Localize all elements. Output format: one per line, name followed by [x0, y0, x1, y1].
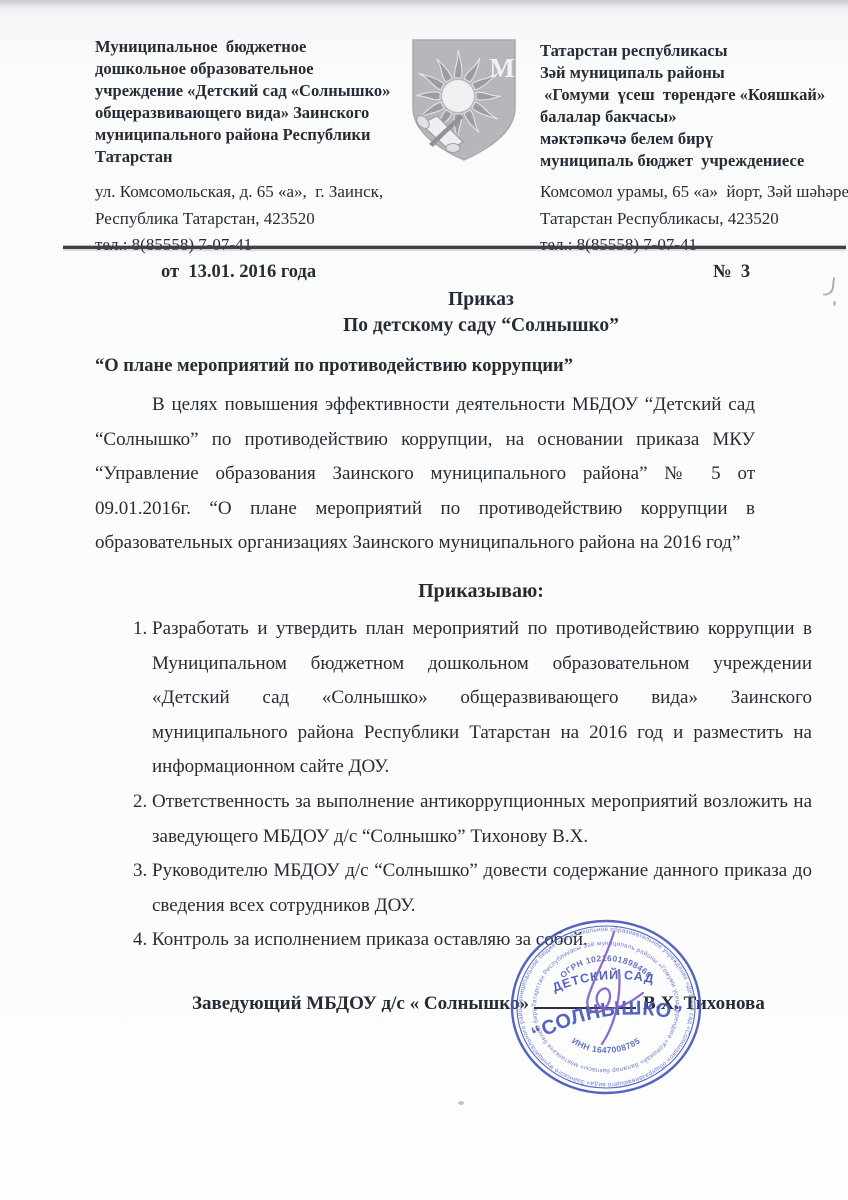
official-stamp: Муниципальное бюджетное дошкольное образ… — [496, 912, 716, 1102]
scan-artifact — [823, 276, 835, 296]
order-date: от 13.01. 2016 года — [161, 262, 316, 283]
org-name-line: Татарстан — [95, 146, 430, 168]
org-name-line: балалар бакчасы» — [540, 106, 848, 128]
org-name-line: Зәй муниципаль районы — [540, 62, 848, 84]
address-line: ул. Комсомольская, д. 65 «а», г. Заинск, — [95, 179, 383, 206]
sun-icon — [442, 80, 474, 112]
org-name-line: дошкольное образовательное — [95, 58, 430, 80]
signature-label: Заведующий МБДОУ д/с « Солнышко» — [192, 993, 529, 1014]
coat-of-arms-logo: М — [403, 32, 525, 168]
order-item-1: Разработать и утвердить план мероприятий… — [152, 612, 812, 785]
org-name-tatar: Татарстан республикасы Зәй муниципаль ра… — [540, 40, 848, 172]
address-line: Республика Татарстан, 423520 — [95, 206, 383, 233]
org-name-line: Муниципальное бюджетное — [95, 36, 430, 58]
tamga-glyph: М — [489, 53, 514, 83]
org-name-line: муниципального района Республики — [95, 124, 430, 146]
order-items-list: Разработать и утвердить план мероприятий… — [95, 612, 812, 958]
org-name-line: муниципаль бюджет учреждениесе — [540, 150, 848, 172]
order-intro-paragraph: В целях повышения эффективности деятельн… — [95, 388, 755, 561]
order-subtitle: По детскому саду “Солнышко” — [343, 315, 619, 337]
address-line: Комсомол урамы, 65 «а» йорт, Зәй шәһәре, — [540, 179, 848, 206]
scan-artifact — [833, 301, 836, 306]
org-name-line: Татарстан республикасы — [540, 40, 848, 62]
org-name-line: «Гомуми үсеш төрендәге «Кояшкай» — [540, 84, 848, 106]
order-item-2: Ответственность за выполнение антикорруп… — [152, 785, 812, 854]
document-page: Муниципальное бюджетное дошкольное образ… — [0, 0, 848, 1200]
order-title: Приказ — [448, 289, 514, 311]
coat-of-arms-icon: М — [403, 32, 525, 168]
order-subject: “О плане мероприятий по противодействию … — [95, 356, 573, 377]
org-name-line: общеразвивающего вида» Заинского — [95, 102, 430, 124]
org-name-line: мәктәпкәчә белем бирү — [540, 128, 848, 150]
command-heading: Приказываю: — [418, 580, 544, 603]
header-divider — [63, 246, 846, 249]
org-name-russian: Муниципальное бюджетное дошкольное образ… — [95, 36, 430, 168]
org-name-line: учреждение «Детский сад «Солнышко» — [95, 80, 430, 102]
address-line: Татарстан Республикасы, 423520 — [540, 206, 848, 233]
order-number: № 3 — [713, 262, 750, 283]
scan-artifact — [458, 1101, 464, 1105]
